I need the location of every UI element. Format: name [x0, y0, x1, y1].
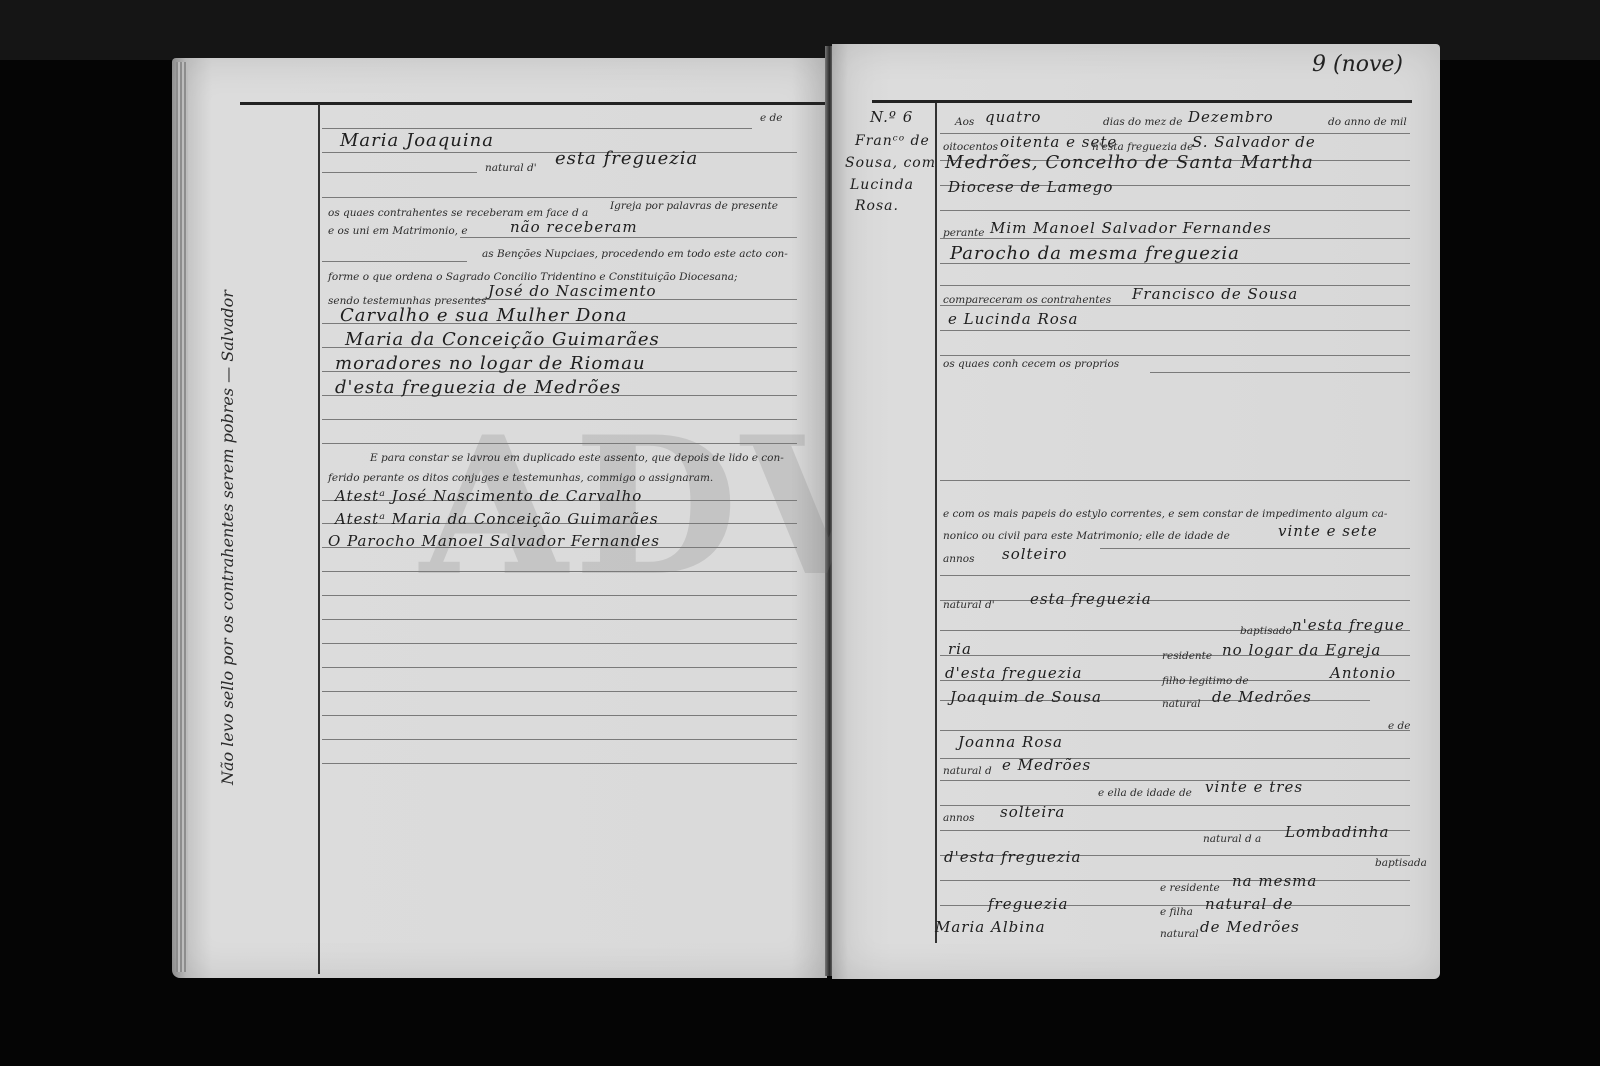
entry-number: N.º 6 [870, 108, 913, 126]
printed-idade-elle: nonico ou civil para este Matrimonio; el… [943, 530, 1230, 542]
printed-e-filha: e filha [1160, 906, 1193, 918]
printed-aos: Aos [955, 116, 974, 128]
printed-natural-groom: natural d' [943, 599, 995, 611]
entry-margin-name-1: Franᶜᵒ de [855, 133, 930, 149]
margin-note: Não levo sello por os contrahentes serem… [218, 290, 237, 785]
top-rule-right [872, 100, 1412, 103]
printed-line-2: e os uni em Matrimonio, e [328, 225, 468, 237]
hand-bride-mother: Maria Albina [935, 918, 1046, 936]
witness-line-5: d'esta freguezia de Medrões [335, 377, 621, 398]
hand-concelho: Medrões, Concelho de Santa Martha [945, 152, 1314, 173]
hand-bride-mother-origin: de Medrões [1200, 918, 1300, 936]
hand-bride-baptism: d'esta freguezia [944, 848, 1081, 866]
witness-line-4: moradores no logar de Riomau [335, 353, 646, 374]
hand-line-2: não receberam [510, 218, 638, 236]
printed-idade-ella: e ella de idade de [1098, 787, 1192, 799]
printed-dias-do-mez: dias do mez de [1103, 116, 1182, 128]
printed-e-de-right: e de [1388, 720, 1411, 732]
printed-baptisado: baptisado [1240, 625, 1292, 637]
printed-compareceram: compareceram os contrahentes [943, 294, 1111, 306]
printed-annos-bride: annos [943, 812, 975, 824]
closing-line-2: ferido perante os ditos conjuges e teste… [328, 472, 713, 484]
hand-baptised-place: n'esta fregue [1292, 616, 1405, 634]
witness-line-3: Maria da Conceição Guimarães [345, 329, 660, 350]
page-number: 9 (nove) [1312, 52, 1403, 77]
hand-ria: ria [948, 640, 972, 658]
printed-do-anno: do anno de mil [1328, 116, 1407, 128]
hand-groom-age: vinte e sete [1278, 522, 1378, 540]
bride-mother-name: Maria Joaquina [340, 130, 494, 151]
hand-bride-residence: na mesma [1232, 872, 1317, 890]
printed-line-3: as Benções Nupciaes, procedendo em todo … [482, 248, 788, 260]
hand-natural-de: natural de [1205, 895, 1293, 913]
entry-margin-name-3: Lucinda [850, 177, 914, 193]
printed-papeis: e com os mais papeis do estylo correntes… [943, 508, 1387, 520]
printed-perante: perante [943, 227, 984, 239]
hand-bride-origin: Lombadinha [1285, 823, 1389, 841]
hand-diocese: Diocese de Lamego [948, 178, 1113, 196]
margin-line-left [318, 104, 320, 974]
hand-father-rest: Joaquim de Sousa [950, 688, 1102, 706]
hand-parocho: Parocho da mesma freguezia [950, 243, 1240, 264]
printed-annos: annos [943, 553, 975, 565]
printed-natural-mother: natural d [943, 765, 992, 777]
printed-residente: residente [1162, 650, 1212, 662]
page-edges [176, 62, 188, 972]
printed-line-1b: Igreja por palavras de presente [610, 200, 778, 212]
margin-line-right [935, 103, 937, 943]
printed-e-de: e de [760, 112, 783, 124]
closing-line-1: E para constar se lavrou em duplicado es… [370, 452, 784, 464]
hand-freguezia: freguezia [988, 895, 1068, 913]
hand-day: quatro [985, 108, 1041, 126]
entry-margin-name-2: Sousa, com [845, 155, 936, 171]
hand-groom-origin: esta freguezia [1030, 590, 1152, 608]
printed-filho-legitimo: filho legitimo de [1162, 675, 1249, 687]
printed-natural-father: natural [1162, 698, 1201, 710]
printed-e-residente: e residente [1160, 882, 1220, 894]
top-rule-left [240, 102, 825, 105]
printed-os-quaes: os quaes conh cecem os proprios [943, 358, 1119, 370]
hand-priest: Mim Manoel Salvador Fernandes [990, 219, 1272, 237]
signature-3: O Parocho Manoel Salvador Fernandes [328, 532, 660, 550]
witness-line-1: José do Nascimento [488, 282, 657, 300]
entry-margin-name-4: Rosa. [855, 198, 899, 214]
printed-baptisada: baptisada [1375, 857, 1427, 869]
printed-natural: natural d' [485, 162, 537, 174]
hand-bride: e Lucinda Rosa [948, 310, 1078, 328]
hand-father-first: Antonio [1330, 664, 1396, 682]
hand-mother-origin: e Medrões [1002, 756, 1091, 774]
hand-bride-status: solteira [1000, 803, 1065, 821]
hand-mother: Joanna Rosa [958, 733, 1063, 751]
hand-bride-age: vinte e tres [1205, 778, 1303, 796]
hand-groom-status: solteiro [1002, 545, 1067, 563]
signature-1: Atestᵃ José Nascimento de Carvalho [335, 487, 642, 505]
hand-father-origin: de Medrões [1212, 688, 1312, 706]
hand-month: Dezembro [1188, 108, 1274, 126]
hand-desta-freguezia: d'esta freguezia [945, 664, 1082, 682]
hand-parish: S. Salvador de [1192, 133, 1316, 151]
hand-groom: Francisco de Sousa [1132, 285, 1298, 303]
hand-natural-value: esta freguezia [555, 148, 698, 169]
witness-line-2: Carvalho e sua Mulher Dona [340, 305, 628, 326]
printed-natural-bride-mother: natural [1160, 928, 1199, 940]
printed-natural-bride: natural d a [1203, 833, 1261, 845]
hand-groom-residence: no logar da Egreja [1222, 641, 1381, 659]
signature-2: Atestᵃ Maria da Conceição Guimarães [335, 510, 659, 528]
